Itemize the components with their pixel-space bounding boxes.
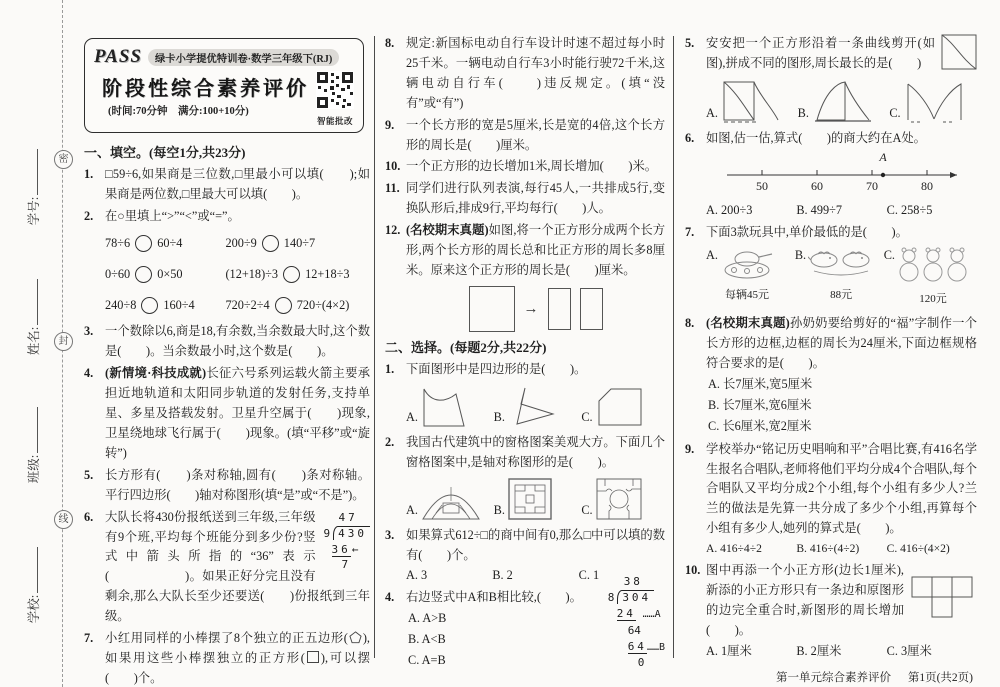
square-shape: [469, 286, 515, 332]
q-text: 长征六号系列运载火箭主要承担近地轨道和太阳同步轨道的发射任务,支持单星、多星及搭…: [105, 366, 370, 460]
q-number: 4.: [84, 364, 105, 464]
seal-char-mi: 密: [54, 150, 73, 169]
fill-q9: 9. 一个长方形的宽是5厘米,长是宽的4倍,这个长方形的周长是( )厘米。: [385, 116, 665, 156]
fill-q10: 10. 一个正方形的边长增加1米,周长增加( )米。: [385, 157, 665, 177]
division-remainder: 7: [342, 558, 349, 571]
q-text: 如图,估一估,算式( )的商大约在A处。: [706, 131, 926, 145]
comparison-circle: [135, 266, 152, 283]
division-remainder: 0: [638, 656, 645, 669]
options-row: A. 1厘米 B. 2厘米 C. 3厘米: [706, 642, 977, 662]
option-b: B. 长7厘米,宽6厘米: [708, 396, 977, 416]
compare-item: 720÷2÷4720÷(4×2): [225, 296, 370, 316]
option-c: C. 416÷(4×2): [887, 540, 977, 559]
square-window-icon: [507, 477, 553, 521]
column-1: 一、填空。(每空1分,共23分) 1. □59÷6,如果商是三位数,□里最小可以…: [84, 142, 370, 687]
expr-right: 720÷(4×2): [297, 296, 350, 316]
left-arrow-icon: ←: [352, 543, 359, 556]
student-number-blank: [27, 149, 38, 195]
expr-right: 140÷7: [284, 234, 315, 254]
q-number: 11.: [385, 179, 406, 219]
toy-options-row: A. 每辆45元 B.: [706, 246, 977, 309]
toy-price-caption: 88元: [808, 287, 874, 305]
option-letter: C.: [581, 501, 592, 521]
fill-q8: 8. 规定:新国标电动自行车设计时速不超过每小时25千米。一辆电动自行车3小时能…: [385, 34, 665, 114]
name-field: 姓名:: [24, 252, 42, 382]
option-letter: B.: [795, 246, 806, 266]
division-partial-1: 24: [617, 607, 636, 621]
division-divisor: 8: [608, 591, 618, 604]
fill-heading-note: (每空1分,共23分): [149, 145, 245, 160]
qr-code-icon: [316, 71, 354, 109]
q-number: 12.: [385, 221, 406, 335]
choice-q4: 4. 右边竖式中A和B相比较,( )。 A. A>B B. A<B C. A=B…: [385, 588, 665, 673]
q-number: 8.: [685, 314, 706, 437]
class-field: 班级:: [24, 380, 42, 510]
compare-item: 200÷9140÷7: [225, 234, 370, 254]
choice-heading-text: 二、选择。: [385, 340, 450, 355]
section-choice-heading: 二、选择。(每题2分,共22分): [385, 337, 665, 358]
q-text: 长方形有( )条对称轴,圆有( )条对称轴。平行四边形( )轴对称图形(填“是”…: [105, 466, 370, 506]
square-split-figure: →: [406, 286, 665, 332]
option-b: B. 2: [492, 566, 578, 586]
options-column: A. A>B B. A<B C. A=B: [406, 609, 600, 671]
footer-page-number: 第1页(共2页): [908, 672, 973, 684]
expr-left: 78÷6: [105, 234, 130, 254]
quad-shape-c-icon: [595, 384, 647, 428]
expr-right: 0×50: [157, 265, 182, 285]
option-a: A. 200÷3: [706, 201, 796, 221]
division-partial-2: 64: [628, 640, 647, 654]
q-text: 小红用同样的小棒摆了8个独立的正五边形(: [105, 631, 348, 645]
q-text: 在○里填上“>”“<”或“=”。: [105, 207, 370, 227]
paper-header-box: PASS 绿卡小学提优特训卷·数学三年级下(RJ) 阶段性综合素养评价 (时间:…: [84, 38, 364, 133]
assembled-shape-b-icon: [811, 78, 875, 124]
comparison-circle: [275, 297, 292, 314]
rectangle-shape: [548, 288, 571, 330]
expr-left: 0÷60: [105, 265, 130, 285]
comparison-circle: [283, 266, 300, 283]
division-dividend: 430: [333, 526, 370, 540]
school-label: 学校:: [27, 595, 41, 623]
leader-b-label: ……B: [647, 642, 665, 653]
q-text: 图中再添一个小正方形(边长1厘米),新添的小正方形只有一条边和原图形的边完全重合…: [706, 563, 904, 637]
q-text: 右边竖式中A和B相比较,( )。: [406, 588, 600, 608]
option-letter: B.: [494, 501, 505, 521]
dart-shape-b-icon: [507, 384, 559, 428]
choice-q10: 10. 图中再添一个小正方形(边长1厘米),新添的小正方形只有一条边和原图形的边…: [685, 561, 977, 662]
option-letter: A.: [706, 246, 718, 266]
option-letter: C.: [581, 408, 592, 428]
tank-toy-icon: [720, 246, 774, 280]
choice-heading-note: (每题2分,共22分): [450, 340, 546, 355]
option-letter: C.: [889, 104, 900, 124]
division-divisor: 9: [324, 527, 334, 540]
q-number: 6.: [685, 129, 706, 221]
tick-80: 80: [921, 179, 933, 193]
toy-price-caption: 120元: [897, 291, 969, 309]
column-divider-2: [673, 36, 674, 658]
class-label: 班级:: [27, 455, 41, 483]
q-number: 9.: [385, 116, 406, 156]
division-bringdown: 64: [628, 624, 641, 637]
test-paper-page: 密 封 线 学号: 姓名: 班级: 学校: PASS 绿卡小学提优特训卷·数学三…: [0, 0, 1000, 687]
assembled-shape-c-icon: [903, 78, 967, 124]
cut-square-reference-icon: [941, 34, 977, 70]
pentagon-icon: [349, 631, 362, 644]
q-text: 安安把一个正方形沿着一条曲线剪开(如图),拼成不同的图形,周长最长的是( ): [706, 36, 935, 70]
q-number: 5.: [84, 466, 105, 506]
class-blank: [27, 407, 38, 453]
q-number: 4.: [385, 588, 406, 673]
name-blank: [27, 279, 38, 325]
fill-heading-text: 一、填空。: [84, 145, 149, 160]
compare-item: 0÷600×50: [105, 265, 225, 285]
qr-block: 智能批改: [314, 71, 356, 127]
option-b: B. 416÷(4÷2): [796, 540, 886, 559]
compare-item: (12+18)÷312+18÷3: [225, 265, 370, 285]
compare-item: 78÷660÷4: [105, 234, 225, 254]
number-line-figure: A 50 60 70 80: [706, 149, 977, 200]
option-a: A. 1厘米: [706, 642, 796, 662]
q-number: 7.: [685, 223, 706, 313]
column-2: 8. 规定:新国标电动自行车设计时速不超过每小时25千米。一辆电动自行车3小时能…: [385, 34, 665, 675]
division-quotient: 47: [339, 511, 358, 524]
q-number: 3.: [385, 526, 406, 587]
long-division-figure: 47 9430 36← 7: [324, 510, 371, 574]
name-label: 姓名:: [27, 327, 41, 355]
choice-q8: 8. (名校期末真题)孙奶奶要给剪好的“福”字制作一个长方形的边框,边框的周长为…: [685, 314, 977, 437]
division-partial: 36: [332, 543, 351, 557]
q-text: 同学们进行队列表演,每行45人,一共排成5行,变换队形后,排成9行,平均每行( …: [406, 179, 665, 219]
comparison-circle: [262, 235, 279, 252]
right-arrow-icon: →: [524, 297, 539, 321]
fill-q1: 1. □59÷6,如果商是三位数,□里最小可以填( );如果商是两位数,□里最大…: [84, 165, 370, 205]
choice-q9: 9. 学校举办“铭记历史唱响和平”合唱比赛,有416名学生报名合唱队,老师将他们…: [685, 440, 977, 559]
expr-right: 12+18÷3: [305, 265, 349, 285]
student-number-field: 学号:: [24, 122, 42, 252]
puzzle-window-icon: [595, 477, 643, 521]
q-text: 一个正方形的边长增加1米,周长增加( )米。: [406, 157, 665, 177]
q-text: 一个长方形的宽是5厘米,长是宽的4倍,这个长方形的周长是( )厘米。: [406, 116, 665, 156]
column-3: 5. 安安把一个正方形沿着一条曲线剪开(如图),拼成不同的图形,周长最长的是( …: [685, 34, 977, 687]
tick-70: 70: [866, 179, 878, 193]
q-number: 1.: [84, 165, 105, 205]
fish-toys-icon: [808, 246, 874, 280]
division-quotient: 38: [624, 575, 643, 588]
q-tag: (新情境·科技成就): [105, 366, 206, 380]
toy-price-caption: 每辆45元: [720, 287, 774, 305]
options-row: A. 416÷4÷2 B. 416÷(4÷2) C. 416÷(4×2): [706, 540, 977, 559]
q-text: □59÷6,如果商是三位数,□里最小可以填( );如果商是两位数,□里最大可以填…: [105, 165, 370, 205]
fill-q5: 5. 长方形有( )条对称轴,圆有( )条对称轴。平行四边形( )轴对称图形(填…: [84, 466, 370, 506]
expr-left: 720÷2÷4: [225, 296, 269, 316]
rectangle-shape: [580, 288, 603, 330]
expr-left: 200÷9: [225, 234, 256, 254]
q-tag: (名校期末真题): [406, 223, 489, 237]
q-text: 下面3款玩具中,单价最低的是( )。: [706, 225, 908, 239]
expr-left: 240÷8: [105, 296, 136, 316]
q-text: 我国古代建筑中的窗格图案美观大方。下面几个窗格图案中,是轴对称图形的是( )。: [406, 435, 665, 469]
fill-q11: 11. 同学们进行队列表演,每行45人,一共排成5行,变换队形后,排成9行,平均…: [385, 179, 665, 219]
expr-right: 60÷4: [157, 234, 182, 254]
qr-caption: 智能批改: [314, 115, 356, 127]
q-number: 3.: [84, 322, 105, 362]
comparison-circle: [135, 235, 152, 252]
fill-q6: 6. 47 9430 36← 7 大队长将430份报纸送到三年级,三年级有9个班…: [84, 508, 370, 627]
option-c: C. 3厘米: [887, 642, 977, 662]
fill-q4: 4. (新情境·科技成就)长征六号系列运载火箭主要承担近地轨道和太阳同步轨道的发…: [84, 364, 370, 464]
series-title: 绿卡小学提优特训卷·数学三年级下(RJ): [148, 49, 339, 66]
options-row: A. 200÷3 B. 499÷7 C. 258÷5: [706, 201, 977, 221]
expr-right: 160÷4: [163, 296, 194, 316]
q-number: 9.: [685, 440, 706, 559]
student-number-label: 学号:: [27, 197, 41, 225]
option-letter: B.: [798, 104, 809, 124]
option-a: A. A>B: [408, 609, 600, 629]
q-number: 10.: [685, 561, 706, 662]
seal-char-feng: 封: [54, 332, 73, 351]
division-dividend: 304: [617, 590, 654, 604]
long-division-figure-2: 38 8304 24 ……A 64 64……B 0: [608, 574, 665, 671]
school-field: 学校:: [24, 520, 42, 650]
fill-q2: 2. 在○里填上“>”“<”或“=”。 78÷660÷4 200÷9140÷7 …: [84, 207, 370, 321]
option-a: A. 416÷4÷2: [706, 540, 796, 559]
assembled-shape-a-icon: [720, 78, 784, 124]
window-options-row: A. B. C.: [406, 477, 665, 521]
choice-q6: 6. 如图,估一估,算式( )的商大约在A处。 A 50 60: [685, 129, 977, 221]
comparison-grid: 78÷660÷4 200÷9140÷7 0÷600×50 (12+18)÷312…: [105, 234, 370, 316]
assembled-shape-options: A. B. C.: [706, 78, 977, 124]
q-text: 学校举办“铭记历史唱响和平”合唱比赛,有416名学生报名合唱队,老师将他们平均分…: [706, 442, 977, 536]
section-fill-heading: 一、填空。(每空1分,共23分): [84, 142, 370, 163]
option-letter: C.: [884, 246, 895, 266]
quad-options-row: A. B. C.: [406, 384, 665, 428]
point-a-label: A: [878, 150, 887, 164]
q-text: 如果算式612÷□的商中间有0,那么□中可以填的数有( )个。: [406, 528, 665, 562]
leader-a-label: ……A: [643, 609, 661, 620]
tick-60: 60: [811, 179, 823, 193]
q-number: 8.: [385, 34, 406, 114]
q-number: 2.: [84, 207, 105, 321]
q-tag: (名校期末真题): [706, 316, 790, 330]
option-letter: B.: [494, 408, 505, 428]
q-text: 一个数除以6,商是18,有余数,当余数最大时,这个数是( )。当余数最小时,这个…: [105, 322, 370, 362]
option-c: C. 长6厘米,宽2厘米: [708, 417, 977, 437]
pass-logo: PASS: [94, 46, 142, 68]
option-c: C. 258÷5: [887, 201, 977, 221]
q-text: 规定:新国标电动自行车设计时速不超过每小时25千米。一辆电动自行车3小时能行驶7…: [406, 34, 665, 114]
choice-q1: 1. 下面图形中是四边形的是( )。 A. B. C.: [385, 360, 665, 431]
option-a: A. 3: [406, 566, 492, 586]
square-icon: [307, 651, 319, 663]
options-column: A. 长7厘米,宽5厘米 B. 长7厘米,宽6厘米 C. 长6厘米,宽2厘米: [706, 375, 977, 437]
fill-q3: 3. 一个数除以6,商是18,有余数,当余数最大时,这个数是( )。当余数最小时…: [84, 322, 370, 362]
option-b: B. 2厘米: [796, 642, 886, 662]
q-number: 5.: [685, 34, 706, 127]
option-letter: A.: [406, 408, 418, 428]
footer-unit-title: 第一单元综合素养评价: [776, 672, 891, 684]
comparison-circle: [141, 297, 158, 314]
option-letter: A.: [406, 501, 418, 521]
q-number: 6.: [84, 508, 105, 627]
tick-50: 50: [756, 179, 768, 193]
q-number: 2.: [385, 433, 406, 524]
school-blank: [27, 547, 38, 593]
compare-item: 240÷8160÷4: [105, 296, 225, 316]
q-number: 1.: [385, 360, 406, 431]
fan-window-icon: [420, 479, 482, 521]
option-b: B. A<B: [408, 630, 600, 650]
choice-q2: 2. 我国古代建筑中的窗格图案美观大方。下面几个窗格图案中,是轴对称图形的是( …: [385, 433, 665, 524]
seal-char-xian: 线: [54, 510, 73, 529]
option-a: A. 长7厘米,宽5厘米: [708, 375, 977, 395]
panda-toys-icon: [897, 246, 969, 284]
q-number: 10.: [385, 157, 406, 177]
fill-q12: 12. (名校期末真题)如图,将一个正方形分成两个长方形,两个长方形的周长总和比…: [385, 221, 665, 335]
curved-shape-a-icon: [420, 384, 472, 428]
option-letter: A.: [706, 104, 718, 124]
expr-left: (12+18)÷3: [225, 265, 278, 285]
q-text: 下面图形中是四边形的是( )。: [406, 362, 586, 376]
fill-q7: 7. 小红用同样的小棒摆了8个独立的正五边形(),如果用这些小棒摆独立的正方形(…: [84, 629, 370, 687]
page-footer: 第一单元综合素养评价 第1页(共2页): [685, 669, 977, 687]
choice-q5: 5. 安安把一个正方形沿着一条曲线剪开(如图),拼成不同的图形,周长最长的是( …: [685, 34, 977, 127]
column-divider-1: [374, 36, 375, 658]
option-c: C. A=B: [408, 651, 600, 671]
option-b: B. 499÷7: [796, 201, 886, 221]
number-line-icon: A 50 60 70 80: [717, 149, 967, 193]
choice-q7: 7. 下面3款玩具中,单价最低的是( )。 A. 每辆: [685, 223, 977, 313]
square-grid-figure-icon: [909, 575, 977, 623]
q-number: 7.: [84, 629, 105, 687]
